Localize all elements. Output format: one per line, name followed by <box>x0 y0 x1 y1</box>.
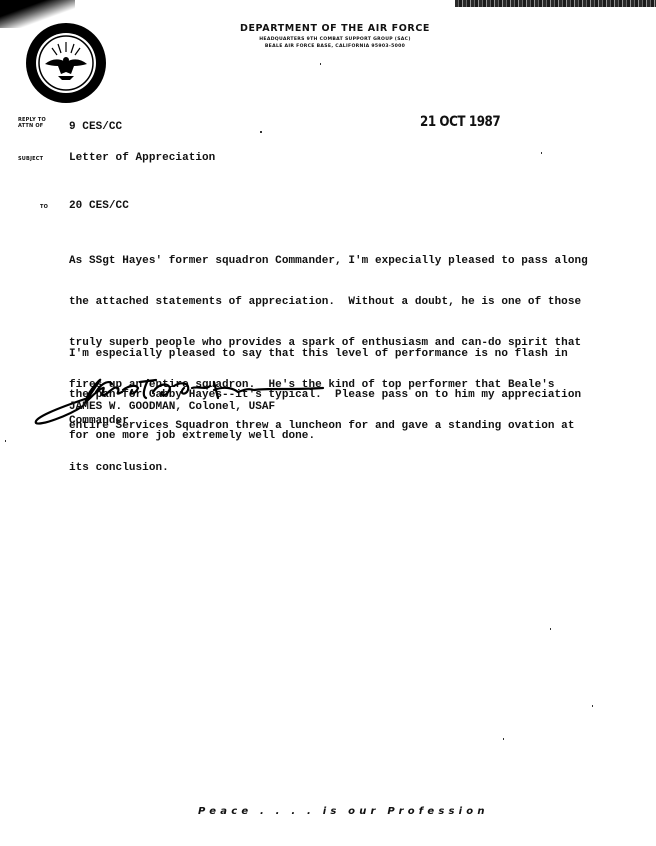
signer-title: Commander <box>69 415 129 429</box>
footer-motto: Peace . . . . is our Profession <box>198 806 489 817</box>
scan-speck <box>5 440 6 442</box>
headquarters-line: HEADQUARTERS 9TH COMBAT SUPPORT GROUP (S… <box>205 37 465 42</box>
scan-speck <box>541 152 542 154</box>
base-address-line: BEALE AIR FORCE BASE, CALIFORNIA 95903-5… <box>205 44 465 49</box>
scan-speck <box>503 738 504 740</box>
signer-name: JAMES W. GOODMAN, Colonel, USAF <box>69 401 275 415</box>
department-title: DEPARTMENT OF THE AIR FORCE <box>205 23 465 34</box>
department-seal-icon <box>25 22 107 104</box>
to-value: 20 CES/CC <box>69 200 129 214</box>
scan-speck <box>260 131 262 133</box>
letterhead: DEPARTMENT OF THE AIR FORCE HEADQUARTERS… <box>205 23 465 49</box>
scan-speck <box>592 705 593 707</box>
scan-speck <box>320 63 321 65</box>
reply-to-value: 9 CES/CC <box>69 121 122 135</box>
subject-value: Letter of Appreciation <box>69 152 215 166</box>
scan-artifact <box>455 0 656 7</box>
reply-to-label: REPLY TO ATTN OF <box>18 117 46 129</box>
to-label: TO <box>40 204 48 210</box>
subject-label: SUBJECT <box>18 156 43 162</box>
scan-speck <box>550 628 551 630</box>
letter-date: 21 OCT 1987 <box>420 114 500 130</box>
